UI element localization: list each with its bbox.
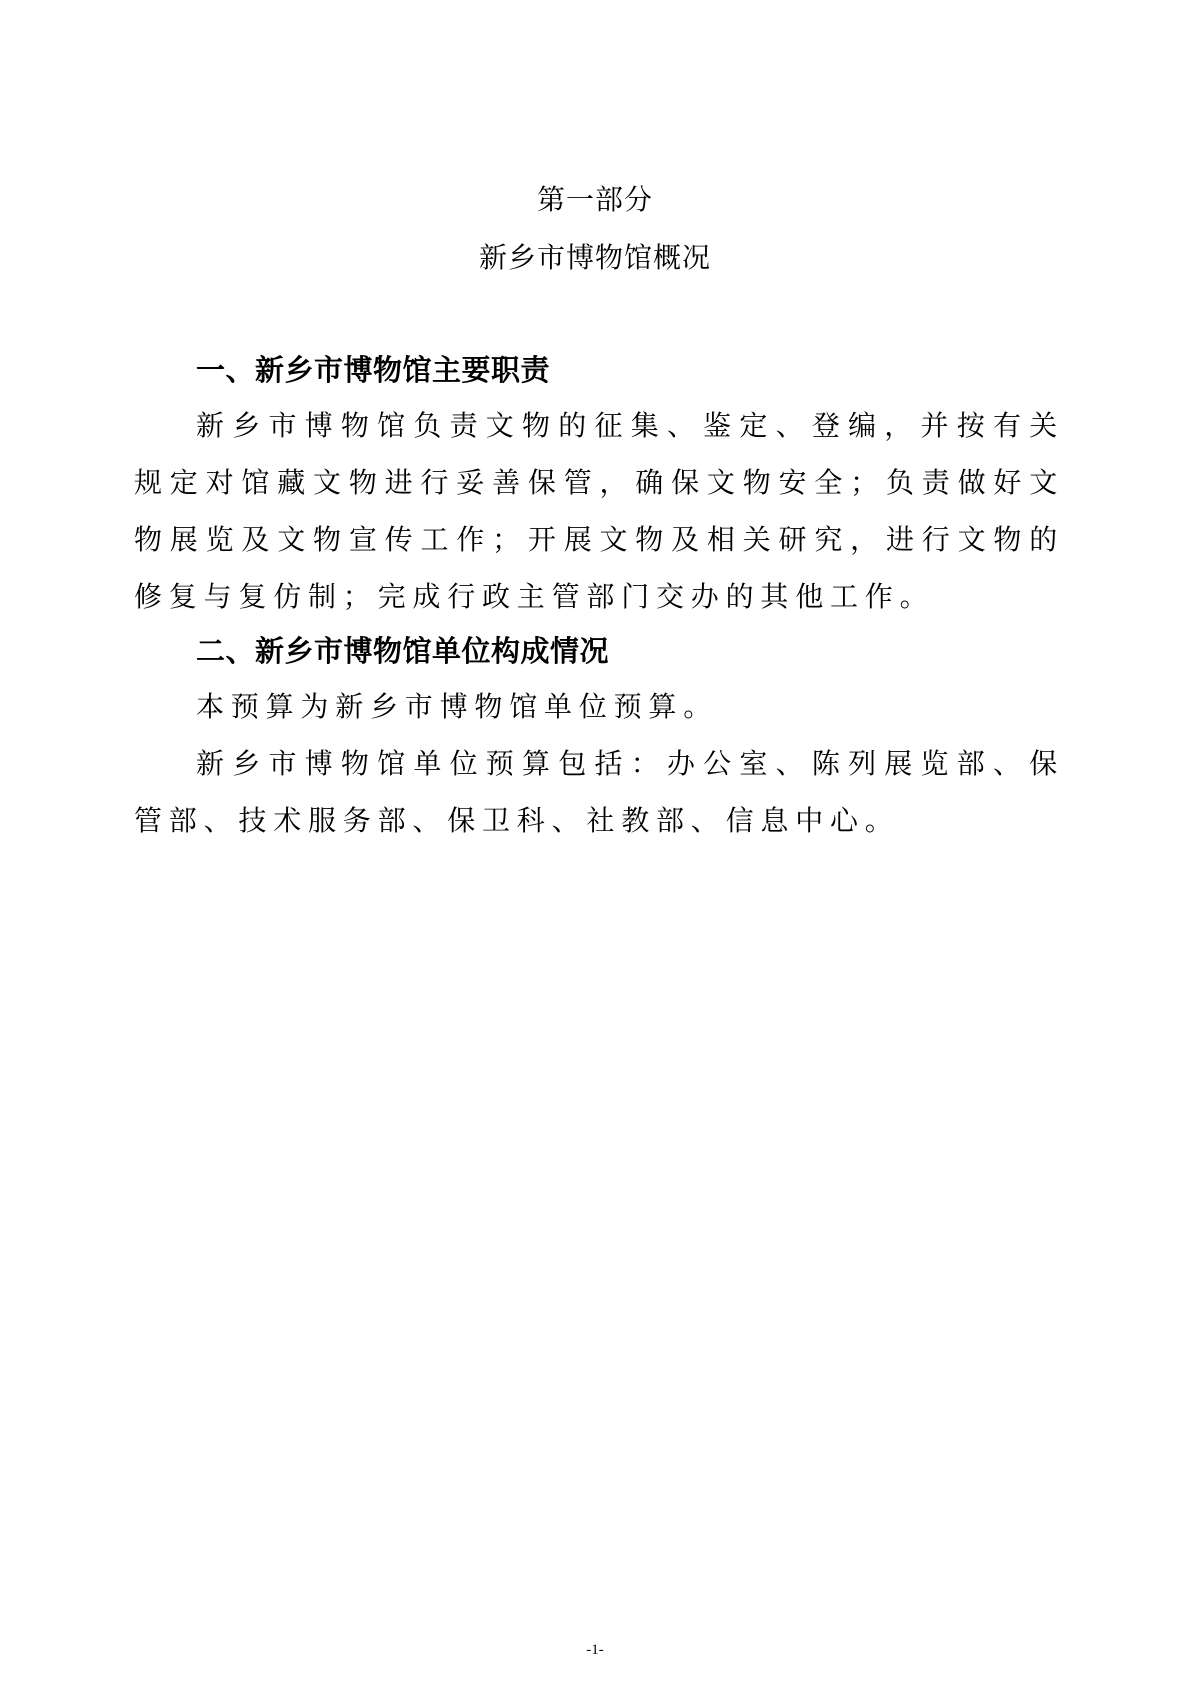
section-heading-composition: 二、新乡市博物馆单位构成情况 xyxy=(196,631,609,671)
part-title: 第一部分 xyxy=(0,180,1190,220)
paragraph-budget-departments: 新乡市博物馆单位预算包括：办公室、陈列展览部、保管部、技术服务部、保卫科、社教部… xyxy=(134,735,1064,849)
paragraph-responsibilities: 新乡市博物馆负责文物的征集、鉴定、登编，并按有关规定对馆藏文物进行妥善保管，确保… xyxy=(134,397,1064,625)
section-heading-responsibilities: 一、新乡市博物馆主要职责 xyxy=(196,350,550,390)
document-subtitle: 新乡市博物馆概况 xyxy=(0,238,1190,278)
paragraph-budget-scope: 本预算为新乡市博物馆单位预算。 xyxy=(134,678,1064,735)
document-page: 第一部分 新乡市博物馆概况 一、新乡市博物馆主要职责 新乡市博物馆负责文物的征集… xyxy=(0,0,1190,1684)
page-number: -1- xyxy=(0,1640,1190,1660)
